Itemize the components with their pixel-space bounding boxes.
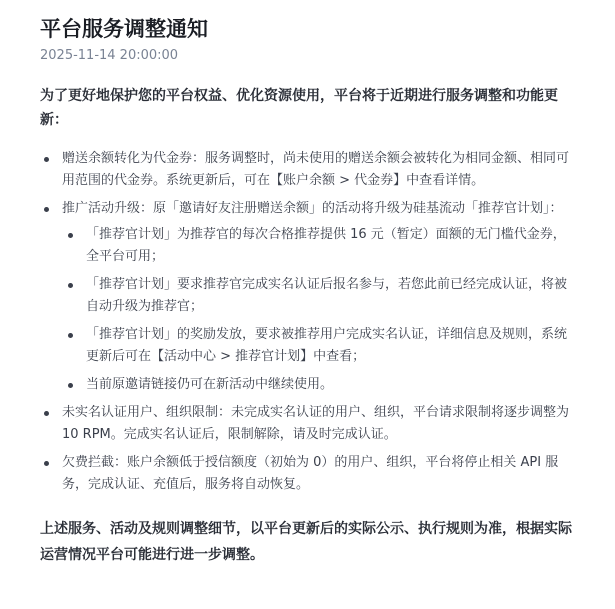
referral-sub-list: 「推荐官计划」为推荐官的每次合格推荐提供 16 元（暂定）面额的无门槛代金券，全… — [62, 224, 575, 396]
list-item-text: 欠费拦截：账户余额低于授信额度（初始为 0）的用户、组织，平台将停止相关 API… — [62, 455, 558, 492]
sub-list-item-text: 「推荐官计划」为推荐官的每次合格推荐提供 16 元（暂定）面额的无门槛代金券，全… — [86, 227, 566, 264]
notice-outro: 上述服务、活动及规则调整细节，以平台更新后的实际公示、执行规则为准，根据实际运营… — [40, 516, 575, 568]
sub-list-item: 「推荐官计划」的奖励发放，要求被推荐用户完成实名认证，详细信息及规则，系统更新后… — [62, 324, 575, 368]
sub-list-item: 「推荐官计划」为推荐官的每次合格推荐提供 16 元（暂定）面额的无门槛代金券，全… — [62, 224, 575, 268]
list-item-unverified-limit: 未实名认证用户、组织限制：未完成实名认证的用户、组织，平台请求限制将逐步调整为 … — [40, 402, 575, 446]
sub-list-item-text: 「推荐官计划」的奖励发放，要求被推荐用户完成实名认证，详细信息及规则，系统更新后… — [86, 327, 567, 364]
notice-article: 平台服务调整通知 2025-11-14 20:00:00 为了更好地保护您的平台… — [0, 0, 615, 568]
sub-list-item: 「推荐官计划」要求推荐官完成实名认证后报名参与，若您此前已经完成认证，将被自动升… — [62, 274, 575, 318]
list-item-text: 赠送余额转化为代金券：服务调整时，尚未使用的赠送余额会被转化为相同金额、相同可用… — [62, 151, 569, 188]
sub-list-item-text: 当前原邀请链接仍可在新活动中继续使用。 — [86, 377, 333, 392]
sub-list-item-text: 「推荐官计划」要求推荐官完成实名认证后报名参与，若您此前已经完成认证，将被自动升… — [86, 277, 567, 314]
notice-title: 平台服务调整通知 — [40, 14, 575, 44]
sub-list-item: 当前原邀请链接仍可在新活动中继续使用。 — [62, 374, 575, 396]
list-item-referral-upgrade: 推广活动升级：原「邀请好友注册赠送余额」的活动将升级为硅基流动「推荐官计划」： … — [40, 198, 575, 396]
notice-intro: 为了更好地保护您的平台权益、优化资源使用，平台将于近期进行服务调整和功能更新： — [40, 84, 575, 132]
list-item-text: 未实名认证用户、组织限制：未完成实名认证的用户、组织，平台请求限制将逐步调整为 … — [62, 405, 569, 442]
list-item-text: 推广活动升级：原「邀请好友注册赠送余额」的活动将升级为硅基流动「推荐官计划」： — [62, 201, 563, 216]
list-item-voucher-conversion: 赠送余额转化为代金券：服务调整时，尚未使用的赠送余额会被转化为相同金额、相同可用… — [40, 148, 575, 192]
notice-item-list: 赠送余额转化为代金券：服务调整时，尚未使用的赠送余额会被转化为相同金额、相同可用… — [40, 148, 575, 496]
list-item-arrears-block: 欠费拦截：账户余额低于授信额度（初始为 0）的用户、组织，平台将停止相关 API… — [40, 452, 575, 496]
notice-date: 2025-11-14 20:00:00 — [40, 46, 575, 66]
